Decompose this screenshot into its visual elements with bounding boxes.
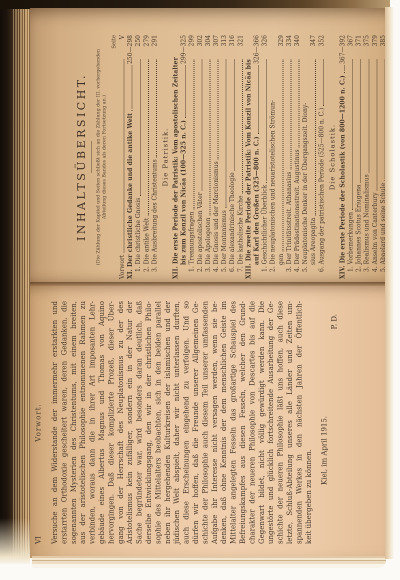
dot-leader: [344, 65, 345, 73]
text-line: verbinden, woraus dann die in ihrer Art …: [88, 301, 97, 544]
toc-title: INHALTSÜBERSICHT.: [76, 35, 88, 279]
toc-entry-label: 2. Die antike Welt: [142, 218, 150, 272]
toc-entry: XII. Die erste Periode der Patristik: Vo…: [172, 35, 180, 279]
toc-entry-label: 2. Die apostolischen Väter: [196, 192, 204, 272]
toc-entry-label: 4. Anselm von Canterbury: [371, 192, 379, 272]
page-number-folio: VI: [34, 514, 43, 544]
toc-entry-page-number: 352: [317, 35, 325, 58]
page-edge-stripes: [13, 0, 30, 562]
toc-entry-page-number: 367: [347, 35, 355, 58]
toc-entry: 3. Die Ausbreitung des Christentums291: [150, 35, 158, 279]
dateline: Kiel, im April 1915.: [320, 301, 329, 485]
dot-leader: [376, 60, 377, 191]
toc-entry: 2. Die antike Welt279: [142, 35, 150, 279]
toc-entry: 4. Der Prädestinationsstreit. Augustinus…: [293, 35, 301, 279]
text-line: keit übergeben zu können.: [304, 301, 313, 544]
toc-entry-label: 6. Ausgang der patristischen Periode (52…: [317, 108, 325, 272]
toc-entry: 6. Ausgang der patristischen Periode (52…: [317, 35, 325, 279]
toc-entry: sius Areopagita347: [309, 35, 317, 279]
toc-entry: 3. Realismus und Nominalismus375: [363, 35, 371, 279]
text-line: dürfen wir hoffen, daß die Freunde unser…: [191, 301, 200, 544]
toc-entry-label: 5. Neuplatonische Denker in der Übergang…: [301, 103, 309, 272]
text-line: sophie des Mittelalters beobachten, sich…: [154, 301, 163, 544]
toc-entry-label: 4. Die Gnosis und der Marcionismus: [212, 161, 220, 272]
dot-leader: [156, 60, 157, 158]
toc-entry-label: 2. Die neuplatonischen und neuaristoteli…: [269, 100, 277, 272]
toc-entry: auf Karl den Großen (325—800 n. C.)326—3…: [253, 35, 261, 279]
toc-entry-page-number: 340: [293, 35, 301, 58]
book-page-edges-left: [0, 0, 30, 562]
toc-entry-label: XII. Die erste Periode der Patristik: Vo…: [172, 57, 180, 279]
toc-entry: 5. Neuplatonische Denker in der Übergang…: [301, 35, 309, 279]
toc-entry-page-number: 250: [134, 35, 142, 58]
text-line: sogenannten Mysterien des Christentums, …: [69, 301, 78, 544]
dot-leader: [282, 60, 283, 252]
dot-leader: [266, 60, 267, 183]
toc-entry-page-number: 329: [277, 35, 285, 58]
vorwort-body-text: Versuche an dem Widerstande der immermeh…: [51, 301, 314, 544]
toc-section-header: Die Scholastik.: [329, 35, 337, 279]
toc-page-content: INHALTSÜBERSICHT. (Die Zählung der Kapit…: [30, 8, 390, 284]
dot-leader: [210, 60, 211, 216]
toc-entry-list: VorwortVXI. Der christliche Gedanke und …: [118, 35, 387, 279]
dot-leader: [315, 60, 316, 216]
dot-leader: [323, 60, 324, 106]
book-edge-right: [385, 7, 394, 559]
text-line: aus der aristotelischen Philosophie entn…: [79, 301, 88, 544]
dot-leader: [258, 65, 259, 134]
toc-note-line-2: Abteilung dieses Bandes als deren Fortse…: [102, 35, 108, 279]
toc-entry: 5. Der Montanismus313: [220, 35, 228, 279]
text-line: auch diese Erscheinungen eingehend zu ve…: [182, 301, 191, 544]
toc-entry-page-number: 313: [220, 35, 228, 58]
toc-entry-page-number: V: [118, 35, 126, 58]
toc-entry: 4. Die Gnosis und der Marcionismus307: [212, 35, 220, 279]
page-inhaltsuebersicht: INHALTSÜBERSICHT. (Die Zählung der Kapit…: [30, 8, 390, 284]
toc-entry-label: 3. Die Ausbreitung des Christentums: [150, 159, 158, 272]
toc-entry-page-number: 347: [309, 35, 317, 58]
toc-entry-label: XI. Der christliche Gedanke und die anti…: [126, 113, 134, 279]
toc-entry-page-number: 321: [236, 35, 244, 58]
dot-leader: [242, 60, 243, 194]
dot-leader: [352, 60, 353, 210]
toc-entry-label: XIII. Die zweite Periode der Patristik: …: [244, 59, 252, 279]
dot-leader: [148, 60, 149, 216]
toc-entry-page-number: 316: [228, 35, 236, 58]
dot-leader: [218, 60, 219, 160]
toc-entry-page-number: 326: [261, 35, 269, 58]
toc-entry-page-number: 371: [355, 35, 363, 58]
toc-entry: 4. Anselm von Canterbury379: [371, 35, 379, 279]
toc-entry-page-number: 334: [285, 35, 293, 58]
text-line: Befreiungskampfes aus diesen Fesseln, we…: [238, 301, 247, 544]
toc-entry-label: bis zum Konzil von Nicäa (100—325 n. C.): [180, 120, 188, 265]
toc-entry-page-number: 302: [196, 35, 204, 58]
toc-entry-label: 3. Die Apologeten: [204, 218, 212, 272]
author-initials-signature: P. D.: [330, 314, 339, 544]
toc-entry: gen329: [277, 35, 285, 279]
toc-entry: 1. Trennungsfragen299: [188, 35, 196, 279]
toc-entry: 2. Die apostolischen Väter302: [196, 35, 204, 279]
toc-entry-page-number: 326—366: [253, 35, 261, 64]
toc-entry-label: 1. Die christliche Gnosis: [134, 198, 142, 272]
gutter-fold-shadow: [30, 282, 388, 286]
text-line: spannenden Werkes in den nächsten Jahren…: [295, 301, 304, 544]
toc-entry-page-number: 367—392: [338, 35, 346, 64]
title-rule: [92, 141, 93, 173]
toc-entry: 3. Die Apologeten304: [204, 35, 212, 279]
toc-entry-page-number: 299: [188, 35, 196, 58]
text-line: gebäude eines Albertus Magnus und Thomas…: [97, 301, 106, 544]
dot-leader: [360, 60, 361, 183]
text-line: Aufgabe ihr Interesse nicht versagen wer…: [210, 301, 219, 544]
toc-entry-label: 4. Der Prädestinationsstreit. Augustinus: [293, 149, 301, 272]
text-line: Sache begründeter war, wird besonders da…: [135, 301, 144, 544]
dot-leader: [185, 65, 186, 118]
toc-entry-page-number: 375: [363, 35, 371, 58]
toc-entry-label: 1. Geschichtlicher Überblick: [261, 185, 269, 272]
toc-entry: XIV. Die erste Periode der Scholastik (v…: [338, 35, 346, 279]
text-line: hervorgingen. Daß dieser komplizierte Pr…: [107, 301, 116, 544]
toc-entry-label: 3. Realismus und Nominalismus: [363, 174, 371, 272]
toc-entry: 2. Die neuplatonischen und neuaristoteli…: [269, 35, 277, 279]
toc-entry: VorwortV: [118, 35, 126, 279]
toc-entry: 7. Die katholische Kirche321: [236, 35, 244, 279]
toc-entry: 1. Vorbemerkungen367: [347, 35, 355, 279]
toc-entry: 1. Geschichtlicher Überblick326: [261, 35, 269, 279]
text-line: derselbe Entwicklungsgang, den wir in de…: [144, 301, 153, 544]
toc-entry: 3. Der Trinitätsstreit. Athanasius334: [285, 35, 293, 279]
toc-entry: 6. Die alexandrinische Theologie316: [228, 35, 236, 279]
toc-entry-label: 7. Die katholische Kirche: [236, 195, 244, 272]
dot-leader: [234, 60, 235, 171]
book-page-edges-bottom: [32, 556, 386, 568]
dot-leader: [132, 65, 133, 111]
running-header-title: Vorwort.: [34, 331, 43, 514]
text-line: Gegenwart bildet, nicht völlig gewürdigt…: [257, 301, 266, 544]
text-line: neben ihr hergehenden Kulturkreisen der …: [163, 301, 172, 544]
dot-leader: [226, 60, 227, 209]
book-photograph: INHALTSÜBERSICHT. (Die Zählung der Kapit…: [0, 0, 400, 580]
toc-entry-label: 5. Der Montanismus: [220, 210, 228, 272]
toc-entry-page-number: 279: [142, 35, 150, 58]
page-vorwort: VI Vorwort. Versuche an dem Widerstande …: [30, 284, 390, 558]
dot-leader: [124, 60, 125, 253]
toc-entry-label: Vorwort: [118, 255, 126, 279]
toc-inner: INHALTSÜBERSICHT. (Die Zählung der Kapit…: [30, 8, 387, 284]
toc-entry-page-number: 307: [212, 35, 220, 58]
text-line: gang von der Herrschaft des Neuplatonism…: [116, 301, 125, 544]
toc-entry-label: 2. Johannes Scotus Eriugena: [355, 184, 363, 272]
text-line: denken, daß ohne Kenntnis der dem mensch…: [220, 301, 229, 544]
toc-entry-page-number: 250—298: [126, 35, 134, 64]
seite-column-label: Seite: [111, 35, 117, 279]
toc-entry-label: auf Karl den Großen (325—800 n. C.): [253, 136, 261, 265]
toc-entry-page-number: 304: [204, 35, 212, 58]
dot-leader: [299, 60, 300, 148]
dot-leader: [140, 60, 141, 196]
toc-entry: bis zum Konzil von Nicäa (100—325 n. C.)…: [180, 35, 188, 279]
toc-entry-label: 3. Der Trinitätsstreit. Athanasius: [285, 172, 293, 272]
dot-leader: [201, 60, 202, 191]
vorwort-inner: VI Vorwort. Versuche an dem Widerstande …: [30, 284, 339, 558]
dot-leader: [368, 60, 369, 173]
toc-note: (Die Zählung der Kapitel und Seiten schl…: [96, 35, 108, 279]
toc-entry: 2. Johannes Scotus Eriugena371: [355, 35, 363, 279]
toc-entry: XIII. Die zweite Periode der Patristik: …: [244, 35, 252, 279]
vorwort-page-content: VI Vorwort. Versuche an dem Widerstande …: [30, 284, 390, 558]
toc-entry: XI. Der christliche Gedanke und die anti…: [126, 35, 134, 279]
toc-entry-label: sius Areopagita: [309, 218, 317, 265]
text-line: Mittelalter angelegten Fesseln das großa…: [229, 301, 238, 544]
text-line: letzte, Schluß-Abteilung unseres alle Lä…: [285, 301, 294, 544]
running-head-spacer: [34, 301, 43, 331]
toc-entry-label: 6. Die alexandrinische Theologie: [228, 172, 236, 272]
toc-entry-label: gen: [277, 254, 285, 265]
toc-entry-page-number: 379: [371, 35, 379, 58]
toc-entry-page-number: 291: [150, 35, 158, 58]
dot-leader: [291, 60, 292, 170]
vorwort-running-head: VI Vorwort.: [34, 301, 43, 544]
text-line: erstarrten Orthodoxie gescheitert waren,…: [60, 301, 69, 544]
text-line: jüdischen Welt abspielt, daher wir nicht…: [173, 301, 182, 544]
text-line: Aristotelismus kein zufälliger, sondern …: [126, 301, 135, 544]
text-line: ungestörte und glücklich fortschreitende…: [267, 301, 276, 544]
text-line: charakter der neueren Philosophie von De…: [248, 301, 257, 544]
toc-entry-page-number: 299—325: [180, 35, 188, 64]
dot-leader: [193, 60, 194, 210]
toc-entry-label: 1. Trennungsfragen: [188, 212, 196, 272]
toc-section-header: Die Patristik.: [162, 35, 170, 279]
toc-entry-label: 1. Vorbemerkungen: [347, 212, 355, 272]
text-line: schichte der neueren Philosophie läßt un…: [276, 301, 285, 544]
toc-entry-label: XIV. Die erste Periode der Scholastik (v…: [338, 75, 346, 279]
toc-entry: 1. Die christliche Gnosis250: [134, 35, 142, 279]
text-line: Versuche an dem Widerstande der immermeh…: [51, 301, 60, 544]
text-line: schichte der Philosophie auch diesem Tei…: [201, 301, 210, 544]
